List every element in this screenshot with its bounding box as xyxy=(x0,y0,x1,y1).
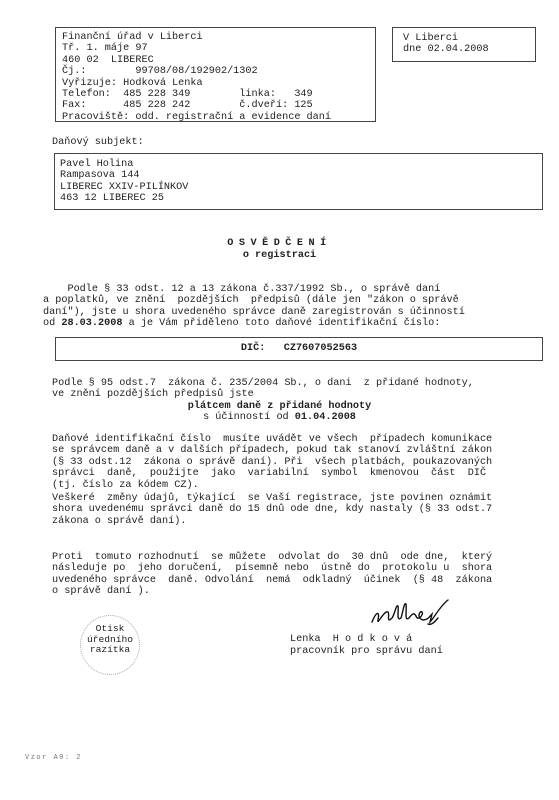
paragraph-line: následuje po jeho doručení, písemně nebo… xyxy=(52,563,552,574)
paragraph-line: správci daně, použijte jako variabilní s… xyxy=(52,468,552,479)
paragraph-line: o správě daní ). xyxy=(52,586,552,597)
vat-effective-date: 01.04.2008 xyxy=(295,412,356,423)
handwritten-signature-icon xyxy=(368,598,468,630)
paragraph-line: Podle § 33 odst. 12 a 13 zákona č.337/19… xyxy=(43,284,543,295)
office-line: Telefon: 485 228 349 linka: 349 xyxy=(62,89,375,100)
office-line: Tř. 1. máje 97 xyxy=(62,43,375,54)
date-place: V Liberci xyxy=(403,33,535,44)
paragraph-line: se správcem daně a v dalších případech, … xyxy=(52,445,552,456)
paragraph-line: daní"), jste u shora uvedeného správce d… xyxy=(43,307,543,318)
tax-id-label: DIČ: xyxy=(241,343,265,354)
office-line: Vyřizuje: Hodková Lenka xyxy=(62,78,375,89)
date-value: dne 02.04.2008 xyxy=(403,44,535,55)
paragraph-line: uvedeného správce daně. Odvolání nemá od… xyxy=(52,575,552,586)
issue-date-box: V Liberci dne 02.04.2008 xyxy=(392,27,536,62)
subject-line: 463 12 LIBEREC 25 xyxy=(60,193,542,204)
paragraph-line: zákona o správě daní). xyxy=(52,516,552,527)
paragraph-line: Veškeré změny údajů, týkající se Vaší re… xyxy=(52,493,552,504)
changes-notice-paragraph: Veškeré změny údajů, týkající se Vaší re… xyxy=(52,493,552,527)
tax-id-usage-paragraph: Daňové identifikační číslo musíte uvádět… xyxy=(52,434,552,491)
paragraph-line: Proti tomuto rozhodnutí se můžete odvola… xyxy=(52,552,552,563)
official-stamp-placeholder: Otisk úředního razítka xyxy=(80,615,140,675)
vat-effective-line: s účinností od 01.04.2008 xyxy=(0,412,559,423)
signer-role: pracovník pro správu daní xyxy=(290,646,443,657)
subject-line: Pavel Holina xyxy=(60,159,542,170)
office-line: Čj.: 99708/08/192902/1302 xyxy=(62,66,375,77)
paragraph-line: od 28.03.2008 a je Vám přiděleno toto da… xyxy=(43,318,543,329)
form-code: Vzor A0: 2 xyxy=(25,753,82,764)
office-line: Fax: 485 228 242 č.dveří: 125 xyxy=(62,100,375,111)
office-line: Pracoviště: odd. registrační a evidence … xyxy=(62,112,375,123)
paragraph-line: (§ 33 odst.12 zákona o správě daní). Při… xyxy=(52,457,552,468)
paragraph-line: ve znění pozdějších předpisů jste xyxy=(52,389,552,400)
subject-line: LIBEREC XXIV-PILÍNKOV xyxy=(60,182,542,193)
taxpayer-address-box: Pavel Holina Rampasova 144 LIBEREC XXIV-… xyxy=(54,153,543,210)
text-fragment: a je Vám přiděleno toto daňové identifik… xyxy=(122,318,440,329)
signer-name: Lenka H o d k o v á xyxy=(290,634,412,645)
text-fragment: s účinností od xyxy=(203,412,295,423)
paragraph-line: shora uvedenému správci daně do 15 dnů o… xyxy=(52,504,552,515)
vat-paragraph: Podle § 95 odst.7 zákona č. 235/2004 Sb.… xyxy=(52,378,552,401)
paragraph-line: (tj. číslo za kódem CZ). xyxy=(52,480,552,491)
text-fragment: od xyxy=(43,318,61,329)
stamp-line: razítka xyxy=(81,645,139,656)
registration-paragraph: Podle § 33 odst. 12 a 13 zákona č.337/19… xyxy=(43,284,543,330)
paragraph-line: Podle § 95 odst.7 zákona č. 235/2004 Sb.… xyxy=(52,378,552,389)
subject-line: Rampasova 144 xyxy=(60,170,542,181)
document-subtitle: o registraci xyxy=(0,250,559,261)
office-line: Finanční úřad v Liberci xyxy=(62,32,375,43)
tax-id-box: DIČ: CZ7607052563 xyxy=(55,337,543,361)
paragraph-line: a poplatků, ve znění pozdějších předpisů… xyxy=(43,295,543,306)
registration-date: 28.03.2008 xyxy=(61,318,122,329)
tax-id-value: CZ7607052563 xyxy=(284,343,357,354)
paragraph-line: Daňové identifikační číslo musíte uvádět… xyxy=(52,434,552,445)
document-title: OSVĚDČENÍ xyxy=(0,238,559,249)
vat-payer-status: plátcem daně z přidané hodnoty xyxy=(0,401,559,412)
appeal-paragraph: Proti tomuto rozhodnutí se můžete odvola… xyxy=(52,552,552,598)
stamp-line: Otisk xyxy=(81,624,139,635)
subject-label: Daňový subjekt: xyxy=(52,137,144,148)
office-line: 460 02 LIBEREC xyxy=(62,55,375,66)
tax-office-address-box: Finanční úřad v Liberci Tř. 1. máje 97 4… xyxy=(55,27,376,122)
